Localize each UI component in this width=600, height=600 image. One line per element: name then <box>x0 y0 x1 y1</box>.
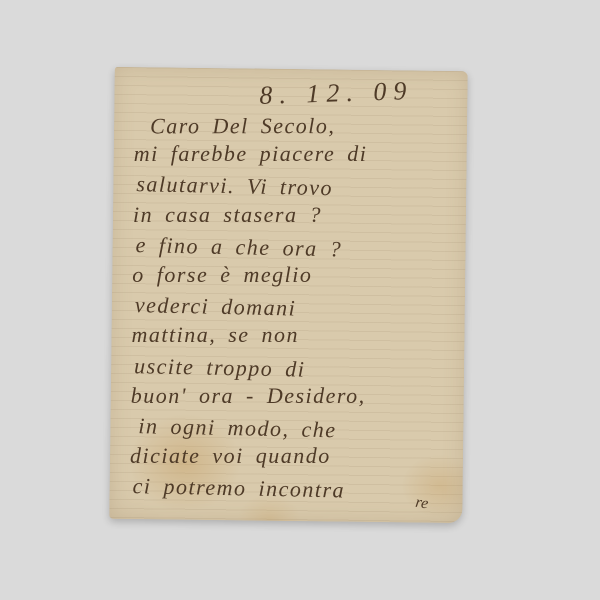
handwritten-line: diciate voi quando <box>130 441 457 471</box>
handwritten-line: mattina, se non <box>131 321 458 351</box>
handwritten-line: mi farebbe piacere di <box>134 139 461 169</box>
handwritten-line: in casa stasera ? <box>133 200 460 230</box>
letter-lines: mi farebbe piacere disalutarvi. Vi trovo… <box>129 139 460 505</box>
line-continuation-mark: re <box>414 494 429 514</box>
letter-salutation: Caro Del Secolo, <box>134 111 461 142</box>
handwritten-line: o forse è meglio <box>132 260 459 290</box>
handwritten-line: buon' ora - Desidero, <box>131 381 458 411</box>
letter-body: Caro Del Secolo, mi farebbe piacere disa… <box>129 109 461 506</box>
handwritten-line: ci potremo incontra <box>132 472 457 509</box>
photo-background: 8. 12. 09 Caro Del Secolo, mi farebbe pi… <box>0 0 600 600</box>
letter-paper: 8. 12. 09 Caro Del Secolo, mi farebbe pi… <box>109 67 467 523</box>
